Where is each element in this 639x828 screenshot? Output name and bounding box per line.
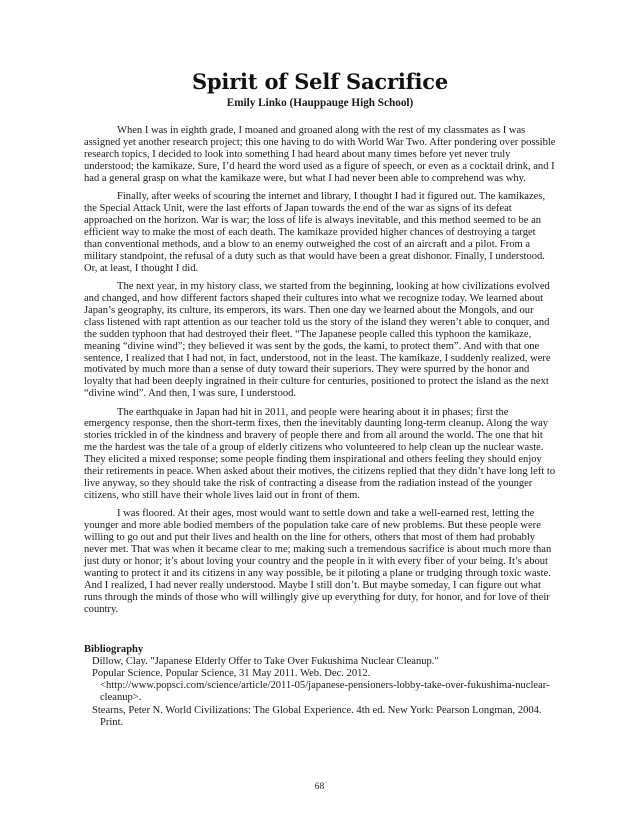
paragraph-1: When I was in eighth grade, I moaned and… <box>84 125 556 185</box>
paragraph-4: The earthquake in Japan had hit in 2011,… <box>84 407 556 503</box>
bibliography-section: Bibliography Dillow, Clay. "Japanese Eld… <box>84 644 556 731</box>
paragraph-2: Finally, after weeks of scouring the int… <box>84 191 556 275</box>
essay-body: When I was in eighth grade, I moaned and… <box>84 125 556 622</box>
author-byline: Emily Linko (Hauppauge High School) <box>84 96 556 110</box>
citation-url: <http://www.popsci.com/science/article/2… <box>92 680 556 704</box>
document-title: Spirit of Self Sacrifice <box>84 69 556 95</box>
bibliography-heading: Bibliography <box>84 644 556 656</box>
citation-line: Dillow, Clay. "Japanese Elderly Offer to… <box>92 656 556 668</box>
bibliography-entry-stearns: Stearns, Peter N. World Civilizations: T… <box>84 705 556 729</box>
bibliography-entry-dillow: Dillow, Clay. "Japanese Elderly Offer to… <box>84 656 556 704</box>
citation-line: Popular Science. Popular Science, 31 May… <box>92 668 556 680</box>
paragraph-3: The next year, in my history class, we s… <box>84 281 556 401</box>
citation-line: Stearns, Peter N. World Civilizations: T… <box>92 705 556 729</box>
paragraph-5: I was floored. At their ages, most would… <box>84 508 556 616</box>
page-number: 68 <box>0 782 639 792</box>
